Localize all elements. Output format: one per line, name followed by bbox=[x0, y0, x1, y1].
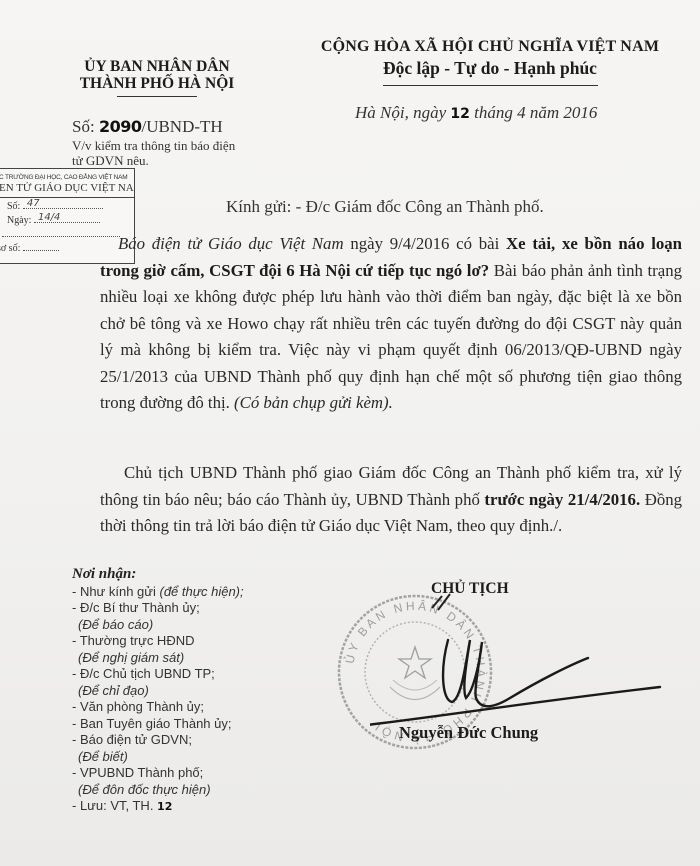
signer-title: CHỦ TỊCH bbox=[431, 580, 509, 598]
issuing-authority: ỦY BAN NHÂN DÂN THÀNH PHỐ HÀ NỘI bbox=[72, 58, 242, 97]
salutation: Kính gửi: - Đ/c Giám đốc Công an Thành p… bbox=[226, 197, 544, 217]
document-subject: V/v kiểm tra thông tin báo điện tử GDVN … bbox=[72, 138, 242, 168]
doc-number-prefix: Số: bbox=[72, 117, 99, 136]
p1-text-a: ngày 9/4/2016 có bài bbox=[344, 234, 506, 253]
stamp-file-label: sơ số: bbox=[0, 243, 23, 254]
recipients-title: Nơi nhận: bbox=[72, 566, 244, 583]
recipient-purpose-note: (Để nghị giám sát) bbox=[72, 650, 244, 667]
motto: Độc lập - Tự do - Hạnh phúc bbox=[290, 58, 690, 79]
document-number: Số: 2090/UBND-TH bbox=[72, 117, 223, 137]
recipient-purpose-note: (Để đôn đốc thực hiện) bbox=[72, 782, 244, 799]
recipient-item: - Lưu: VT, TH. 12 bbox=[72, 798, 244, 816]
date-suffix: tháng 4 năm 2016 bbox=[470, 103, 598, 122]
stamp-number-handwritten: 47 bbox=[27, 198, 40, 209]
recipient-item: - VPUBND Thành phố; bbox=[72, 765, 244, 782]
recipient-purpose-note: (Để báo cáo) bbox=[72, 617, 244, 634]
stamp-date-handwritten: 14/4 bbox=[38, 212, 60, 223]
issuer-line-2: THÀNH PHỐ HÀ NỘI bbox=[72, 75, 242, 92]
stamp-date-row: Ngày: 14/4 bbox=[0, 215, 134, 226]
header-divider bbox=[117, 96, 197, 97]
stamp-date-label: Ngày: bbox=[7, 215, 34, 226]
signer-name: Nguyễn Đức Chung bbox=[399, 723, 538, 743]
stamp-org-line-2: EN TỬ GIÁO DỤC VIỆT NAM bbox=[0, 181, 134, 198]
recipient-item: - Như kính gửi (để thực hiện); bbox=[72, 584, 244, 601]
date-prefix: Hà Nội, ngày bbox=[355, 103, 450, 122]
recipient-purpose-note: (Để chỉ đạo) bbox=[72, 683, 244, 700]
doc-number-suffix: /UBND-TH bbox=[141, 117, 222, 136]
national-heading: CỘNG HÒA XÃ HỘI CHỦ NGHĨA VIỆT NAM Độc l… bbox=[290, 38, 690, 86]
issuer-line-1: ỦY BAN NHÂN DÂN bbox=[72, 58, 242, 75]
stamp-org-line-1: C TRƯỜNG ĐẠI HỌC, CAO ĐẲNG VIỆT NAM bbox=[0, 169, 134, 181]
paragraph-2: Chủ tịch UBND Thành phố giao Giám đốc Cô… bbox=[100, 460, 682, 540]
archive-handwritten-mark: 12 bbox=[157, 800, 172, 813]
attachment-note: (Có bản chụp gửi kèm). bbox=[234, 393, 393, 412]
motto-divider bbox=[383, 85, 598, 86]
date-day-handwritten: 12 bbox=[450, 106, 469, 122]
stamp-number-label: Số: bbox=[7, 201, 23, 212]
recipient-purpose-note: (Để biết) bbox=[72, 749, 244, 766]
document-date: Hà Nội, ngày 12 tháng 4 năm 2016 bbox=[355, 103, 597, 123]
deadline: trước ngày 21/4/2016. bbox=[484, 490, 640, 509]
nation-name: CỘNG HÒA XÃ HỘI CHỦ NGHĨA VIỆT NAM bbox=[290, 38, 690, 56]
source-newspaper: Báo điện tử Giáo dục Việt Nam bbox=[118, 234, 344, 253]
recipient-item: - Đ/c Chủ tịch UBND TP; bbox=[72, 666, 244, 683]
stamp-mark bbox=[0, 223, 1, 234]
recipient-item: - Ban Tuyên giáo Thành ủy; bbox=[72, 716, 244, 733]
recipient-item: - Đ/c Bí thư Thành ủy; bbox=[72, 600, 244, 617]
recipient-item: - Báo điện tử GDVN; bbox=[72, 732, 244, 749]
recipients-list: Nơi nhận: - Như kính gửi (để thực hiện);… bbox=[72, 566, 244, 816]
recipient-item: - Văn phòng Thành ủy; bbox=[72, 699, 244, 716]
recipient-item: - Thường trực HĐND bbox=[72, 633, 244, 650]
p1-text-b: Bài báo phản ảnh tình trạng nhiều loại x… bbox=[100, 261, 682, 413]
stamp-number-row: Số: 47 bbox=[0, 201, 134, 212]
paragraph-1: Báo điện tử Giáo dục Việt Nam ngày 9/4/2… bbox=[100, 231, 682, 417]
doc-number-handwritten: 2090 bbox=[99, 117, 142, 136]
